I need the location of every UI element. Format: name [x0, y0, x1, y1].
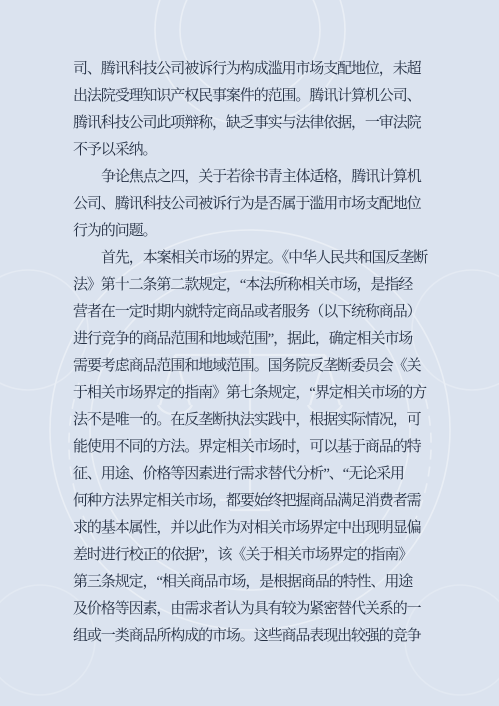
judgment-document-page: 司、腾讯科技公司被诉行为构成滥用市场支配地位，未超出法院受理知识产权民事案件的范… — [0, 0, 499, 706]
judgment-text-line: 能使用不同的方法。界定相关市场时，可以基于商品的特 — [73, 434, 429, 461]
judgment-text-line: 于相关市场界定的指南》第七条规定，“界定相关市场的方 — [73, 380, 429, 407]
judgment-text-line: 何种方法界定相关市场，都要始终把握商品满足消费者需 — [73, 488, 429, 515]
judgment-text-line: 及价格等因素，由需求者认为具有较为紧密替代关系的一 — [73, 596, 429, 623]
judgment-text-line: 公司、腾讯科技公司被诉行为是否属于滥用市场支配地位 — [73, 191, 429, 218]
judgment-text-line: 行为的问题。 — [73, 218, 429, 245]
judgment-text-line: 营者在一定时期内就特定商品或者服务（以下统称商品） — [73, 299, 429, 326]
judgment-text-line: 司、腾讯科技公司被诉行为构成滥用市场支配地位，未超 — [73, 56, 429, 83]
judgment-text-line: 需要考虑商品范围和地域范围。国务院反垄断委员会《关 — [73, 353, 429, 380]
judgment-text-block: 司、腾讯科技公司被诉行为构成滥用市场支配地位，未超出法院受理知识产权民事案件的范… — [73, 56, 429, 650]
judgment-text-line: 法》第十二条第二款规定，“本法所称相关市场，是指经 — [73, 272, 429, 299]
judgment-text-line: 出法院受理知识产权民事案件的范围。腾讯计算机公司、 — [73, 83, 429, 110]
judgment-text-line: 求的基本属性，并以此作为对相关市场界定中出现明显偏 — [73, 515, 429, 542]
judgment-text-line: 组或一类商品所构成的市场。这些商品表现出较强的竞争 — [73, 623, 429, 650]
judgment-text-line: 第三条规定，“相关商品市场，是根据商品的特性、用途 — [73, 569, 429, 596]
judgment-text-line: 法不是唯一的。在反垄断执法实践中，根据实际情况，可 — [73, 407, 429, 434]
judgment-text-line: 首先，本案相关市场的界定。《中华人民共和国反垄断 — [73, 245, 429, 272]
judgment-text-line: 争论焦点之四，关于若徐书青主体适格，腾讯计算机 — [73, 164, 429, 191]
judgment-text-line: 不予以采纳。 — [73, 137, 429, 164]
judgment-text-line: 差时进行校正的依据”，该《关于相关市场界定的指南》 — [73, 542, 429, 569]
judgment-text-line: 征、用途、价格等因素进行需求替代分析”、“无论采用 — [73, 461, 429, 488]
judgment-text-line: 进行竞争的商品范围和地域范围”，据此，确定相关市场 — [73, 326, 429, 353]
judgment-text-line: 腾讯科技公司此项辩称，缺乏事实与法律依据，一审法院 — [73, 110, 429, 137]
